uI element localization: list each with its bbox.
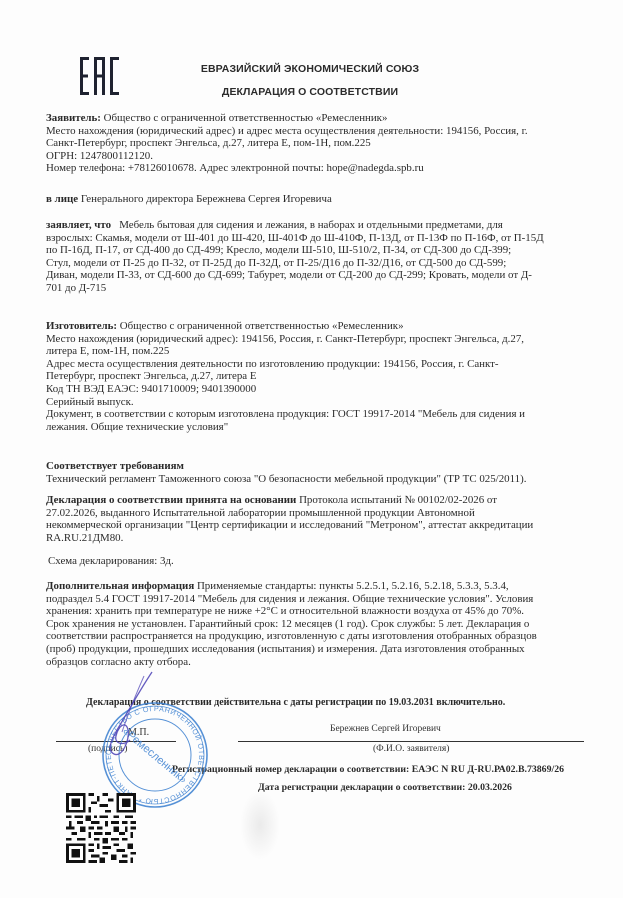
basis-label: Декларация о соответствии принята на осн… (46, 494, 296, 506)
declaration-page: ЕВРАЗИЙСКИЙ ЭКОНОМИЧЕСКИЙ СОЮЗ ДЕКЛАРАЦИ… (0, 0, 623, 898)
manufacturer-line: лежания. Общие технические условия" (46, 421, 586, 434)
additional-line: (проб) продукции, прошедших исследования… (46, 643, 586, 656)
manufacturer-line: литера Е, пом-1Н, пом.225 (46, 345, 586, 358)
complies-section: Соответствует требованиям Технический ре… (46, 460, 586, 485)
manufacturer-label: Изготовитель: (46, 320, 117, 332)
signer-name-line (238, 741, 584, 742)
eac-logo-icon (80, 56, 120, 96)
complies-text: Технический регламент Таможенного союза … (46, 473, 586, 486)
manufacturer-hs-code: Код ТН ВЭД ЕАЭС: 9401710009; 9401390000 (46, 383, 586, 396)
manufacturer-line: Документ, в соответствии с которым изгот… (46, 408, 586, 421)
applicant-contacts: Номер телефона: +78126010678. Адрес элек… (46, 162, 586, 175)
manufacturer-line: Адрес места осуществления деятельности п… (46, 358, 586, 371)
declares-first-line: Мебель бытовая для сидения и лежания, в … (111, 219, 503, 231)
declares-line: по П-16Д, П-17, от СД-400 до СД-499; Кре… (46, 244, 586, 257)
declaration-scheme: Схема декларирования: 3д. (48, 555, 588, 568)
declares-label: заявляет, что (46, 219, 111, 231)
additional-line: соответствии распространяется на продукц… (46, 630, 586, 643)
additional-label: Дополнительная информация (46, 580, 194, 592)
applicant-name: Общество с ограниченной ответственностью… (101, 112, 388, 124)
document-title: ДЕКЛАРАЦИЯ О СООТВЕТСТВИИ (130, 86, 490, 98)
manufacturer-line: Место нахождения (юридический адрес): 19… (46, 333, 586, 346)
registration-number: Регистрационный номер декларации о соотв… (172, 764, 564, 775)
seal-label: М.П. (128, 727, 149, 738)
applicant-section: Заявитель: Общество с ограниченной ответ… (46, 112, 586, 175)
declares-line: взрослых: Скамья, модели от Ш-401 до Ш-4… (46, 232, 586, 245)
additional-line: Срок хранения не установлен. Гарантийный… (46, 618, 586, 631)
applicant-ogrn: ОГРН: 1247800112120. (46, 150, 586, 163)
signature-caption: (подпись) (88, 744, 127, 754)
in-person-text: Генерального директора Бережнева Сергея … (78, 193, 332, 205)
basis-first-line: Протокола испытаний № 00102/02-2026 от (296, 494, 497, 506)
declares-line: Диван, модели П-33, от СД-600 до СД-699;… (46, 269, 586, 282)
basis-section: Декларация о соответствии принята на осн… (46, 494, 586, 544)
qr-code-icon[interactable] (66, 793, 136, 863)
manufacturer-name: Общество с ограниченной ответственностью… (117, 320, 404, 332)
signer-caption: (Ф.И.О. заявителя) (373, 744, 449, 754)
union-title: ЕВРАЗИЙСКИЙ ЭКОНОМИЧЕСКИЙ СОЮЗ (130, 63, 490, 75)
signature-line (56, 741, 176, 742)
manufacturer-section: Изготовитель: Общество с ограниченной от… (46, 320, 586, 433)
basis-line: 27.02.2026, выданного Испытательной лабо… (46, 507, 586, 520)
complies-label: Соответствует требованиям (46, 460, 184, 472)
additional-line: хранения: хранить при температуре не ниж… (46, 605, 586, 618)
manufacturer-line: Петербург, проспект Энгельса, д.27, лите… (46, 370, 586, 383)
basis-line: RA.RU.21ДМ80. (46, 532, 586, 545)
registration-date: Дата регистрации декларации о соответств… (258, 782, 512, 793)
declares-section: заявляет, что Мебель бытовая для сидения… (46, 219, 586, 295)
in-person-section: в лице Генерального директора Бережнева … (46, 193, 586, 206)
signer-name: Бережнев Сергей Игоревич (330, 724, 441, 734)
applicant-line: Санкт-Петербург, проспект Энгельса, д.27… (46, 137, 586, 150)
additional-info-section: Дополнительная информация Применяемые ст… (46, 580, 586, 668)
additional-line: подраздел 5.4 ГОСТ 19917-2014 "Мебель дл… (46, 593, 586, 606)
basis-line: некоммерческой организации "Центр сертиф… (46, 519, 586, 532)
additional-first-line: Применяемые стандарты: пункты 5.2.5.1, 5… (194, 580, 508, 592)
declares-line: 701 до Д-715 (46, 282, 586, 295)
scan-smudge (240, 790, 280, 860)
applicant-label: Заявитель: (46, 112, 101, 124)
validity-statement: Декларация о соответствии действительна … (86, 697, 586, 708)
manufacturer-line: Серийный выпуск. (46, 396, 586, 409)
applicant-line: Место нахождения (юридический адрес) и а… (46, 125, 586, 138)
declares-line: Стул, модели от П-25 до П-32, от П-25Д д… (46, 257, 586, 270)
in-person-label: в лице (46, 193, 78, 205)
additional-line: образцов согласно акту отбора. (46, 656, 586, 669)
